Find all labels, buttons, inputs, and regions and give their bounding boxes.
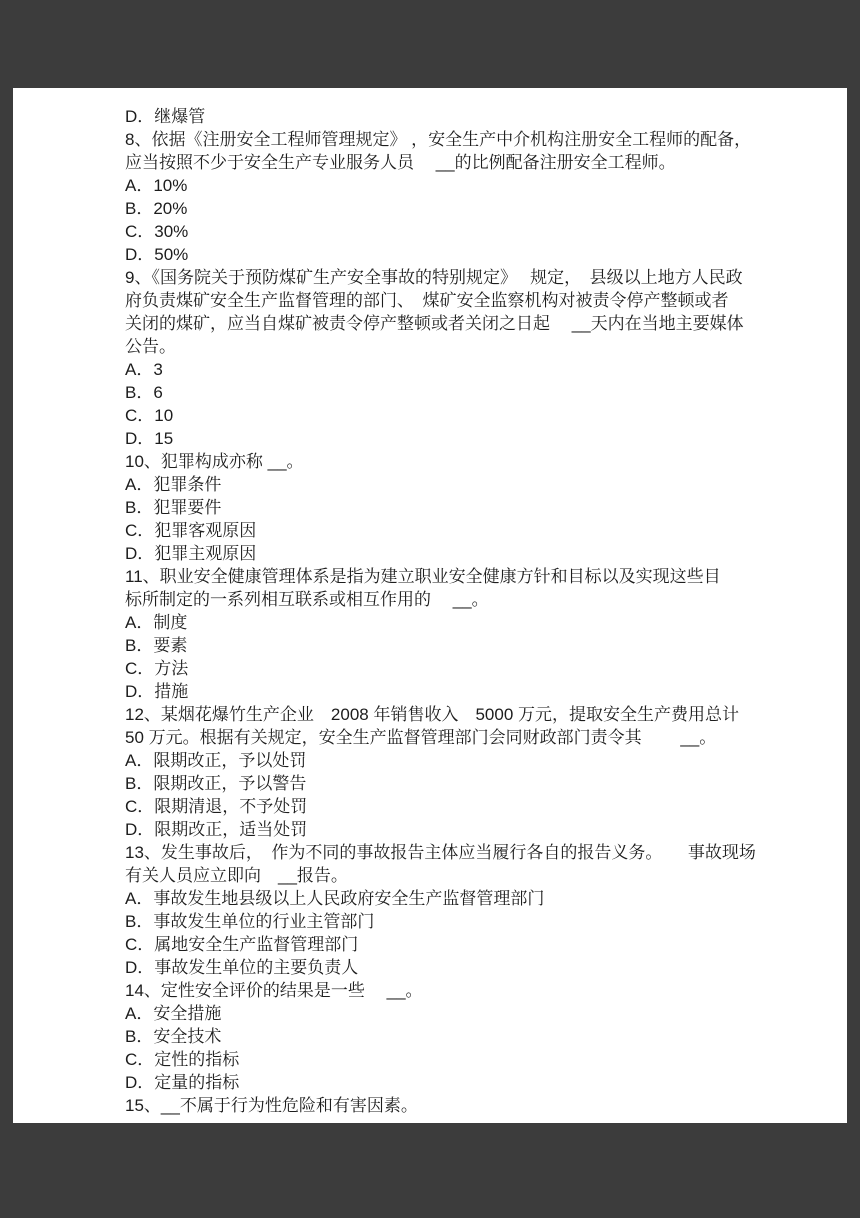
option-item: D．限期改正，适当处罚 <box>125 818 839 841</box>
option-item: D．定量的指标 <box>125 1071 839 1094</box>
option-item: B．20% <box>125 197 839 220</box>
question-stem-line: 8、依据《注册安全工程师管理规定》 ，安全生产中介机构注册安全工程师的配备， <box>125 128 839 151</box>
question-block: 11、职业安全健康管理体系是指为建立职业安全健康方针和目标以及实现这些目标所制定… <box>125 565 839 703</box>
option-item: B．事故发生单位的行业主管部门 <box>125 910 839 933</box>
option-item: C．10 <box>125 404 839 427</box>
option-item: A．安全措施 <box>125 1002 839 1025</box>
question-stem-line: 14、定性安全评价的结果是一些 __。 <box>125 979 839 1002</box>
option-item: D．事故发生单位的主要负责人 <box>125 956 839 979</box>
question-stem-line: 12、某烟花爆竹生产企业 2008 年销售收入 5000 万元，提取安全生产费用… <box>125 703 839 726</box>
option-item: A．事故发生地县级以上人民政府安全生产监督管理部门 <box>125 887 839 910</box>
option-item: A．犯罪条件 <box>125 473 839 496</box>
question-stem-line: 9、《国务院关于预防煤矿生产安全事故的特别规定》 规定， 县级以上地方人民政 <box>125 266 839 289</box>
option-item: B．6 <box>125 381 839 404</box>
question-block: 13、发生事故后， 作为不同的事故报告主体应当履行各自的报告义务。 事故现场有关… <box>125 841 839 979</box>
question-stem-line: 公告。 <box>125 335 839 358</box>
option-item: B．安全技术 <box>125 1025 839 1048</box>
question-block: 14、定性安全评价的结果是一些 __。A．安全措施B．安全技术C．定性的指标D．… <box>125 979 839 1094</box>
option-item: C．定性的指标 <box>125 1048 839 1071</box>
question-stem-line: 应当按照不少于安全生产专业服务人员 __的比例配备注册安全工程师。 <box>125 151 839 174</box>
option-item: D．50% <box>125 243 839 266</box>
option-item: A．限期改正，予以处罚 <box>125 749 839 772</box>
option-item: C．30% <box>125 220 839 243</box>
question-block: 15、__不属于行为性危险和有害因素。 <box>125 1094 839 1117</box>
option-item: C．犯罪客观原因 <box>125 519 839 542</box>
question-block: 8、依据《注册安全工程师管理规定》 ，安全生产中介机构注册安全工程师的配备，应当… <box>125 128 839 266</box>
question-block: 12、某烟花爆竹生产企业 2008 年销售收入 5000 万元，提取安全生产费用… <box>125 703 839 841</box>
option-item: B．限期改正，予以警告 <box>125 772 839 795</box>
question-stem-line: 13、发生事故后， 作为不同的事故报告主体应当履行各自的报告义务。 事故现场 <box>125 841 839 864</box>
option-item: A．3 <box>125 358 839 381</box>
option-item: D．继爆管 <box>125 105 839 128</box>
option-item: C．方法 <box>125 657 839 680</box>
option-item: D．犯罪主观原因 <box>125 542 839 565</box>
option-item: C．限期清退，不予处罚 <box>125 795 839 818</box>
question-block: D．继爆管 <box>125 105 839 128</box>
question-stem-line: 标所制定的一系列相互联系或相互作用的 __。 <box>125 588 839 611</box>
question-block: 9、《国务院关于预防煤矿生产安全事故的特别规定》 规定， 县级以上地方人民政府负… <box>125 266 839 450</box>
question-stem-line: 府负责煤矿安全生产监督管理的部门、 煤矿安全监察机构对被责令停产整顿或者 <box>125 289 839 312</box>
question-stem-line: 15、__不属于行为性危险和有害因素。 <box>125 1094 839 1117</box>
option-item: C．属地安全生产监督管理部门 <box>125 933 839 956</box>
option-item: B．犯罪要件 <box>125 496 839 519</box>
document-page: D．继爆管8、依据《注册安全工程师管理规定》 ，安全生产中介机构注册安全工程师的… <box>13 88 847 1123</box>
option-item: A．制度 <box>125 611 839 634</box>
option-item: A．10% <box>125 174 839 197</box>
question-stem-line: 10、犯罪构成亦称 __。 <box>125 450 839 473</box>
question-stem-line: 11、职业安全健康管理体系是指为建立职业安全健康方针和目标以及实现这些目 <box>125 565 839 588</box>
viewer-matte: D．继爆管8、依据《注册安全工程师管理规定》 ，安全生产中介机构注册安全工程师的… <box>0 0 860 1218</box>
question-block: 10、犯罪构成亦称 __。A．犯罪条件B．犯罪要件C．犯罪客观原因D．犯罪主观原… <box>125 450 839 565</box>
option-item: B．要素 <box>125 634 839 657</box>
option-item: D．措施 <box>125 680 839 703</box>
question-stem-line: 有关人员应立即向 __报告。 <box>125 864 839 887</box>
question-stem-line: 关闭的煤矿，应当自煤矿被责令停产整顿或者关闭之日起 __天内在当地主要媒体 <box>125 312 839 335</box>
option-item: D．15 <box>125 427 839 450</box>
question-list: D．继爆管8、依据《注册安全工程师管理规定》 ，安全生产中介机构注册安全工程师的… <box>125 105 839 1117</box>
question-stem-line: 50 万元。根据有关规定，安全生产监督管理部门会同财政部门责令其 __。 <box>125 726 839 749</box>
